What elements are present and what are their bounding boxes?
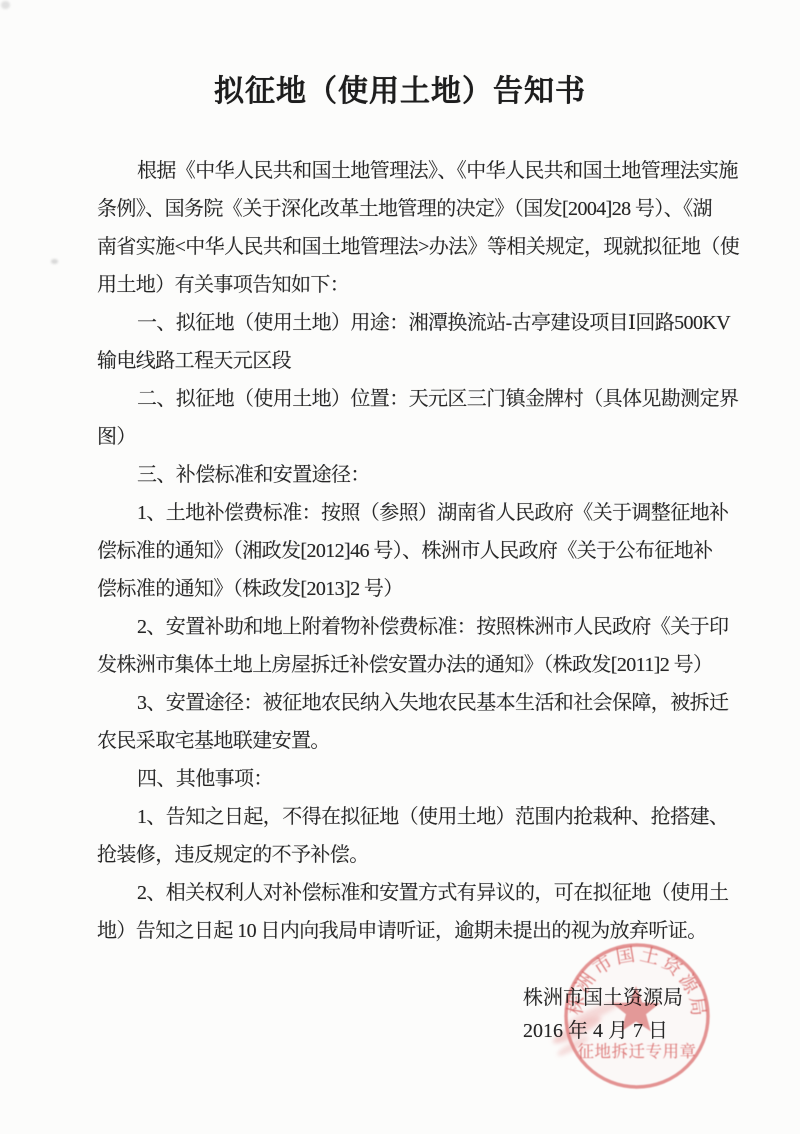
body-line: 用土地）有关事项告知如下： (97, 266, 765, 304)
document-title: 拟征地（使用土地）告知书 (0, 66, 800, 110)
body-line: 地）告知之日起 10 日内向我局申请听证，逾期未提出的视为放弃听证。 (97, 912, 765, 950)
body-line: 输电线路工程天元区段 (97, 342, 765, 380)
body-line: 偿标准的通知》（湘政发[2012]46 号）、株洲市人民政府《关于公布征地补 (97, 532, 765, 570)
body-line: 条例》、国务院《关于深化改革土地管理的决定》（国发[2004]28 号）、《湖 (97, 190, 765, 228)
body-line: 发株洲市集体土地上房屋拆迁补偿安置办法的通知》（株政发[2011]2 号） (97, 646, 765, 684)
body-line: 图） (97, 418, 765, 456)
body-line: 南省实施<中华人民共和国土地管理法>办法》等相关规定，现就拟征地（使 (97, 228, 765, 266)
body-line: 1、土地补偿费标准：按照（参照）湖南省人民政府《关于调整征地补 (97, 494, 765, 532)
body-line: 四、其他事项： (97, 760, 765, 798)
body-line: 1、告知之日起，不得在拟征地（使用土地）范围内抢栽种、抢搭建、 (97, 798, 765, 836)
scan-speck (51, 259, 58, 264)
body-line: 抢装修，违反规定的不予补偿。 (97, 836, 765, 874)
signature-block: 株洲市国土资源局 2016 年 4 月 7 日 (523, 982, 683, 1048)
scan-speck (1, 1, 10, 9)
signing-agency: 株洲市国土资源局 (523, 982, 683, 1015)
body-line: 二、拟征地（使用土地）位置：天元区三门镇金牌村（具体见勘测定界 (97, 380, 765, 418)
body-line: 一、拟征地（使用土地）用途：湘潭换流站-古亭建设项目Ⅰ回路500KV (97, 304, 765, 342)
body-line: 3、安置途径：被征地农民纳入失地农民基本生活和社会保障，被拆迁 (97, 684, 765, 722)
body-line: 三、补偿标准和安置途径： (97, 456, 765, 494)
signing-date: 2016 年 4 月 7 日 (523, 1015, 683, 1048)
body-line: 农民采取宅基地联建安置。 (97, 722, 765, 760)
document-body: 根据《中华人民共和国土地管理法》、《中华人民共和国土地管理法实施 条例》、国务院… (97, 152, 765, 950)
scanned-document-page: 拟征地（使用土地）告知书 根据《中华人民共和国土地管理法》、《中华人民共和国土地… (0, 0, 800, 1134)
body-line: 根据《中华人民共和国土地管理法》、《中华人民共和国土地管理法实施 (97, 152, 765, 190)
body-line: 偿标准的通知》（株政发[2013]2 号） (97, 570, 765, 608)
body-line: 2、相关权利人对补偿标准和安置方式有异议的，可在拟征地（使用土 (97, 874, 765, 912)
body-line: 2、安置补助和地上附着物补偿费标准：按照株洲市人民政府《关于印 (97, 608, 765, 646)
